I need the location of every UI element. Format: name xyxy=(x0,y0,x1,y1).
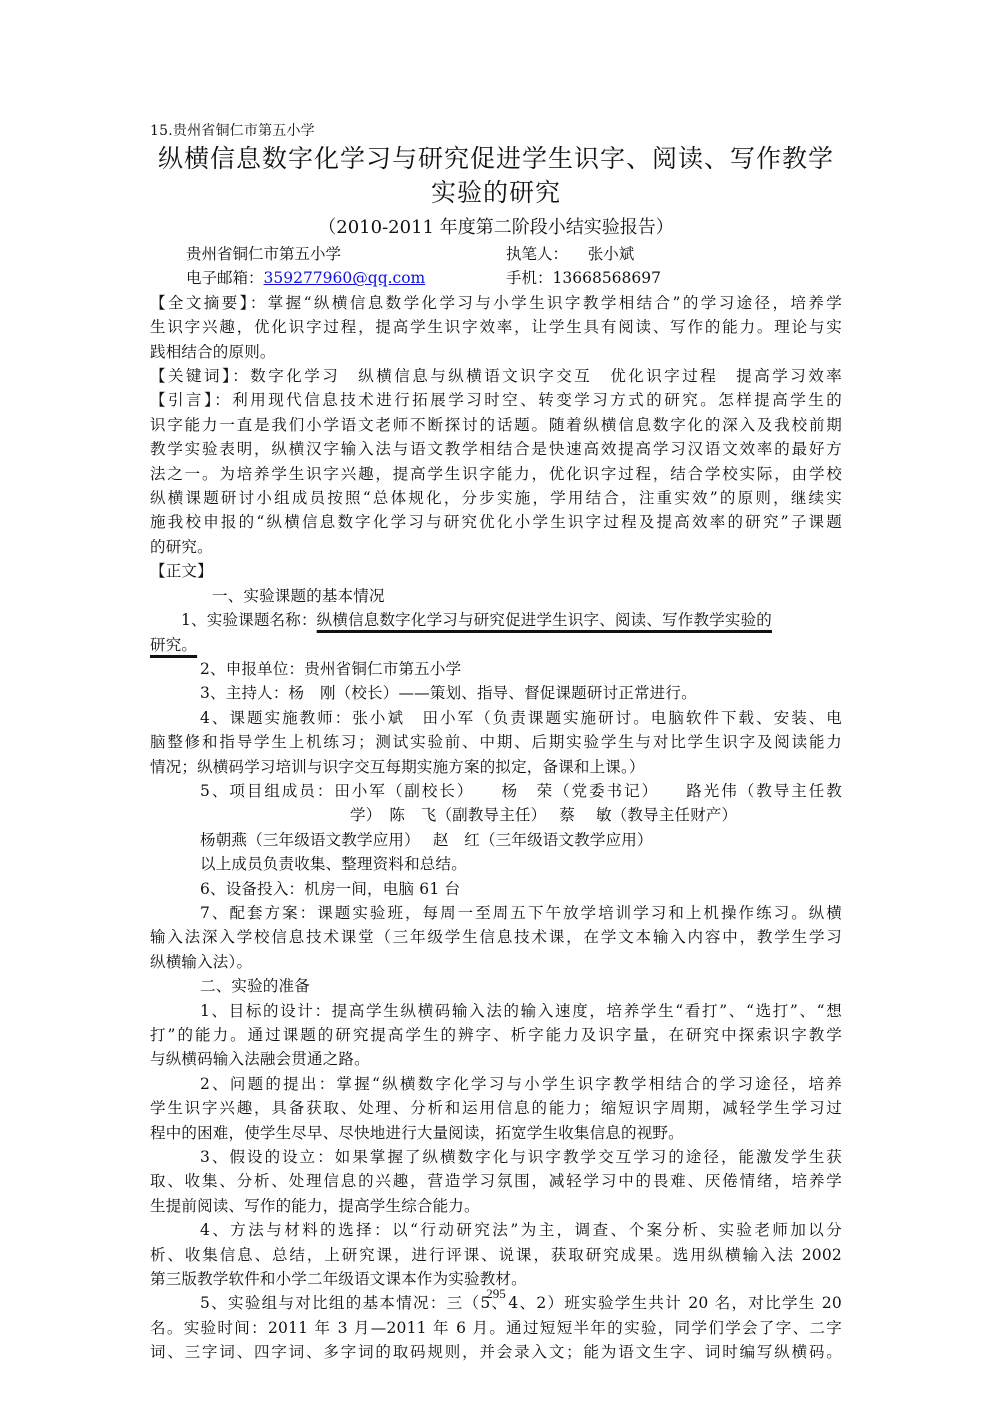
item-2-5-line: 词、三字词、四字词、多字词的取码规则，并会录入文；能为语文生字、词时编写纵横码。 xyxy=(150,1340,842,1364)
abstract-line: 践相结合的原则。 xyxy=(150,340,842,364)
body-label: 【正文】 xyxy=(150,559,842,583)
item-2-2-line: 学生识字兴趣，具备获取、处理、分析和运用信息的能力；缩短识字周期，减轻学生学习过 xyxy=(150,1096,842,1120)
email-link[interactable]: 359277960@qq.com xyxy=(264,269,426,287)
abstract-text: ：掌握“纵横信息数学化学习与小学生识字教学相结合”的学习途径，培养学 xyxy=(250,294,842,312)
item-2-5-line: 名。实验时间：2011 年 3 月—2011 年 6 月。通过短短半年的实验，同… xyxy=(150,1316,842,1340)
item-2-4-line: 4、方法与材料的选择：以“行动研究法”为主，调查、个案分析、实验老师加以分 xyxy=(150,1218,842,1242)
item-1-6: 6、设备投入：机房一间，电脑 61 台 xyxy=(150,877,842,901)
meta-row-2: 电子邮箱：359277960@qq.com 手机：13668568697 xyxy=(150,266,842,290)
item-1-7-line: 纵横输入法）。 xyxy=(150,950,842,974)
item-1-5-line: 以上成员负责收集、整理资料和总结。 xyxy=(150,852,842,876)
item-2-2-line: 程中的困难，使学生尽早、尽快地进行大量阅读，拓宽学生收集信息的视野。 xyxy=(150,1121,842,1145)
abstract: 【全文摘要】：掌握“纵横信息数学化学习与小学生识字教学相结合”的学习途径，培养学… xyxy=(150,291,842,364)
intro-line: 施我校申报的“纵横信息数字化学习与研究优化小学生识字过程及提高效率的研究”子课题 xyxy=(150,510,842,534)
section-2-heading: 二、实验的准备 xyxy=(150,974,842,998)
intro-text: ：利用现代信息技术进行拓展学习时空、转变学习方式的研究。怎样提高学生的 xyxy=(214,391,842,409)
email-info: 电子邮箱：359277960@qq.com xyxy=(150,266,506,290)
keywords-text: ：数字化学习 纵横信息与纵横语文识字交互 优化识字过程 提高学习效率 xyxy=(232,367,842,385)
item-1-1: 1、实验课题名称：纵横信息数字化学习与研究促进学生识字、阅读、写作教学实验的 xyxy=(150,608,842,632)
item-1-1-cont: 研究。 xyxy=(150,633,842,657)
section-label: 15.贵州省铜仁市第五小学 xyxy=(150,120,842,142)
email-label: 电子邮箱： xyxy=(186,269,264,287)
intro-label: 【引言】 xyxy=(150,391,214,409)
item-2-4-line: 析、收集信息、总结，上研究课，进行评课、说课，获取研究成果。选用纵横输入法 20… xyxy=(150,1243,842,1267)
item-1-5-line: 杨朝燕（三年级语文教学应用） 赵 红（三年级语文教学应用） xyxy=(150,828,842,852)
page-number: 295 xyxy=(0,1286,992,1302)
item-1-7-line: 7、配套方案：课题实验班，每周一至周五下午放学培训学习和上机操作练习。纵横 xyxy=(150,901,842,925)
author-info: 执笔人： 张小斌 xyxy=(506,242,806,266)
item-2-1-line: 打”的能力。通过课题的研究提高学生的辨字、析字能力及识字量，在研究中探索识字教学 xyxy=(150,1023,842,1047)
item-1-4-line: 情况；纵横码学习培训与识字交互每期实施方案的拟定，备课和上课。） xyxy=(150,755,842,779)
intro-line: 法之一。为培养学生识字兴趣，提高学生识字能力，优化识字过程，结合学校实际，由学校 xyxy=(150,462,842,486)
introduction: 【引言】：利用现代信息技术进行拓展学习时空、转变学习方式的研究。怎样提高学生的 … xyxy=(150,388,842,559)
item-2-3-line: 生提前阅读、写作的能力，提高学生综合能力。 xyxy=(150,1194,842,1218)
school-name: 贵州省铜仁市第五小学 xyxy=(150,242,506,266)
item-2-3-line: 取、收集、分析、处理信息的兴趣，营造学习氛围，减轻学习中的畏难、厌倦情绪，培养学 xyxy=(150,1169,842,1193)
document-page: 15.贵州省铜仁市第五小学 纵横信息数字化学习与研究促进学生识字、阅读、写作教学… xyxy=(150,120,842,1365)
item-label: 1、实验课题名称： xyxy=(181,611,317,629)
abstract-line: 生识字兴趣，优化识字过程，提高学生识字效率，让学生具有阅读、写作的能力。理论与实 xyxy=(150,315,842,339)
document-subtitle: （2010-2011 年度第二阶段小结实验报告） xyxy=(150,214,842,242)
intro-line: 【引言】：利用现代信息技术进行拓展学习时空、转变学习方式的研究。怎样提高学生的 xyxy=(150,388,842,412)
project-name: 纵横信息数字化学习与研究促进学生识字、阅读、写作教学实验的 xyxy=(317,611,772,629)
keywords-label: 【关键词】 xyxy=(150,367,232,385)
author-name: 张小斌 xyxy=(588,245,635,263)
item-2-3-line: 3、假设的设立：如果掌握了纵横数字化与识字教学交互学习的途径，能激发学生获 xyxy=(150,1145,842,1169)
section-1: 一、实验课题的基本情况 1、实验课题名称：纵横信息数字化学习与研究促进学生识字、… xyxy=(150,584,842,975)
abstract-line: 【全文摘要】：掌握“纵横信息数学化学习与小学生识字教学相结合”的学习途径，培养学 xyxy=(150,291,842,315)
section-1-heading: 一、实验课题的基本情况 xyxy=(150,584,842,608)
project-name-cont: 研究。 xyxy=(150,636,197,654)
item-2-2-line: 2、问题的提出：掌握“纵横数字化学习与小学生识字教学相结合的学习途径，培养 xyxy=(150,1072,842,1096)
phone-label: 手机： xyxy=(506,269,553,287)
document-title-line1: 纵横信息数字化学习与研究促进学生识字、阅读、写作教学 xyxy=(150,142,842,176)
phone-info: 手机：13668568697 xyxy=(506,266,806,290)
item-1-5-line: 学） 陈 飞（副教导主任） 蔡 敏（教导主任财产） xyxy=(150,803,842,827)
keywords: 【关键词】：数字化学习 纵横信息与纵横语文识字交互 优化识字过程 提高学习效率 xyxy=(150,364,842,388)
section-2: 二、实验的准备 1、目标的设计：提高学生纵横码输入法的输入速度，培养学生“看打”… xyxy=(150,974,842,1365)
item-2-1-line: 1、目标的设计：提高学生纵横码输入法的输入速度，培养学生“看打”、“选打”、“想 xyxy=(150,999,842,1023)
meta-row-1: 贵州省铜仁市第五小学 执笔人： 张小斌 xyxy=(150,242,842,266)
intro-line: 的研究。 xyxy=(150,535,842,559)
author-label: 执笔人： xyxy=(506,245,568,263)
item-1-4-line: 脑整修和指导学生上机练习；测试实验前、中期、后期实验学生与对比学生识字及阅读能力 xyxy=(150,730,842,754)
item-1-5-line: 5、项目组成员：田小军（副校长） 杨 荣（党委书记） 路光伟（教导主任教 xyxy=(150,779,842,803)
item-1-7-line: 输入法深入学校信息技术课堂（三年级学生信息技术课，在学文本输入内容中，教学生学习 xyxy=(150,925,842,949)
abstract-label: 【全文摘要】 xyxy=(150,294,250,312)
intro-line: 教学实验表明，纵横汉字输入法与语文教学相结合是快速高效提高学习汉语文效率的最好方 xyxy=(150,437,842,461)
phone-number: 13668568697 xyxy=(553,269,661,287)
item-1-3: 3、主持人：杨 刚（校长）——策划、指导、督促课题研讨正常进行。 xyxy=(150,681,842,705)
document-title-line2: 实验的研究 xyxy=(150,176,842,210)
item-2-1-line: 与纵横码输入法融会贯通之路。 xyxy=(150,1047,842,1071)
intro-line: 纵横课题研讨小组成员按照“总体规化，分步实施，学用结合，注重实效”的原则，继续实 xyxy=(150,486,842,510)
intro-line: 识字能力一直是我们小学语文老师不断探讨的话题。随着纵横信息数字化的深入及我校前期 xyxy=(150,413,842,437)
item-1-2: 2、申报单位：贵州省铜仁市第五小学 xyxy=(150,657,842,681)
item-1-4-line: 4、课题实施教师：张小斌 田小军（负责课题实施研讨。电脑软件下载、安装、电 xyxy=(150,706,842,730)
